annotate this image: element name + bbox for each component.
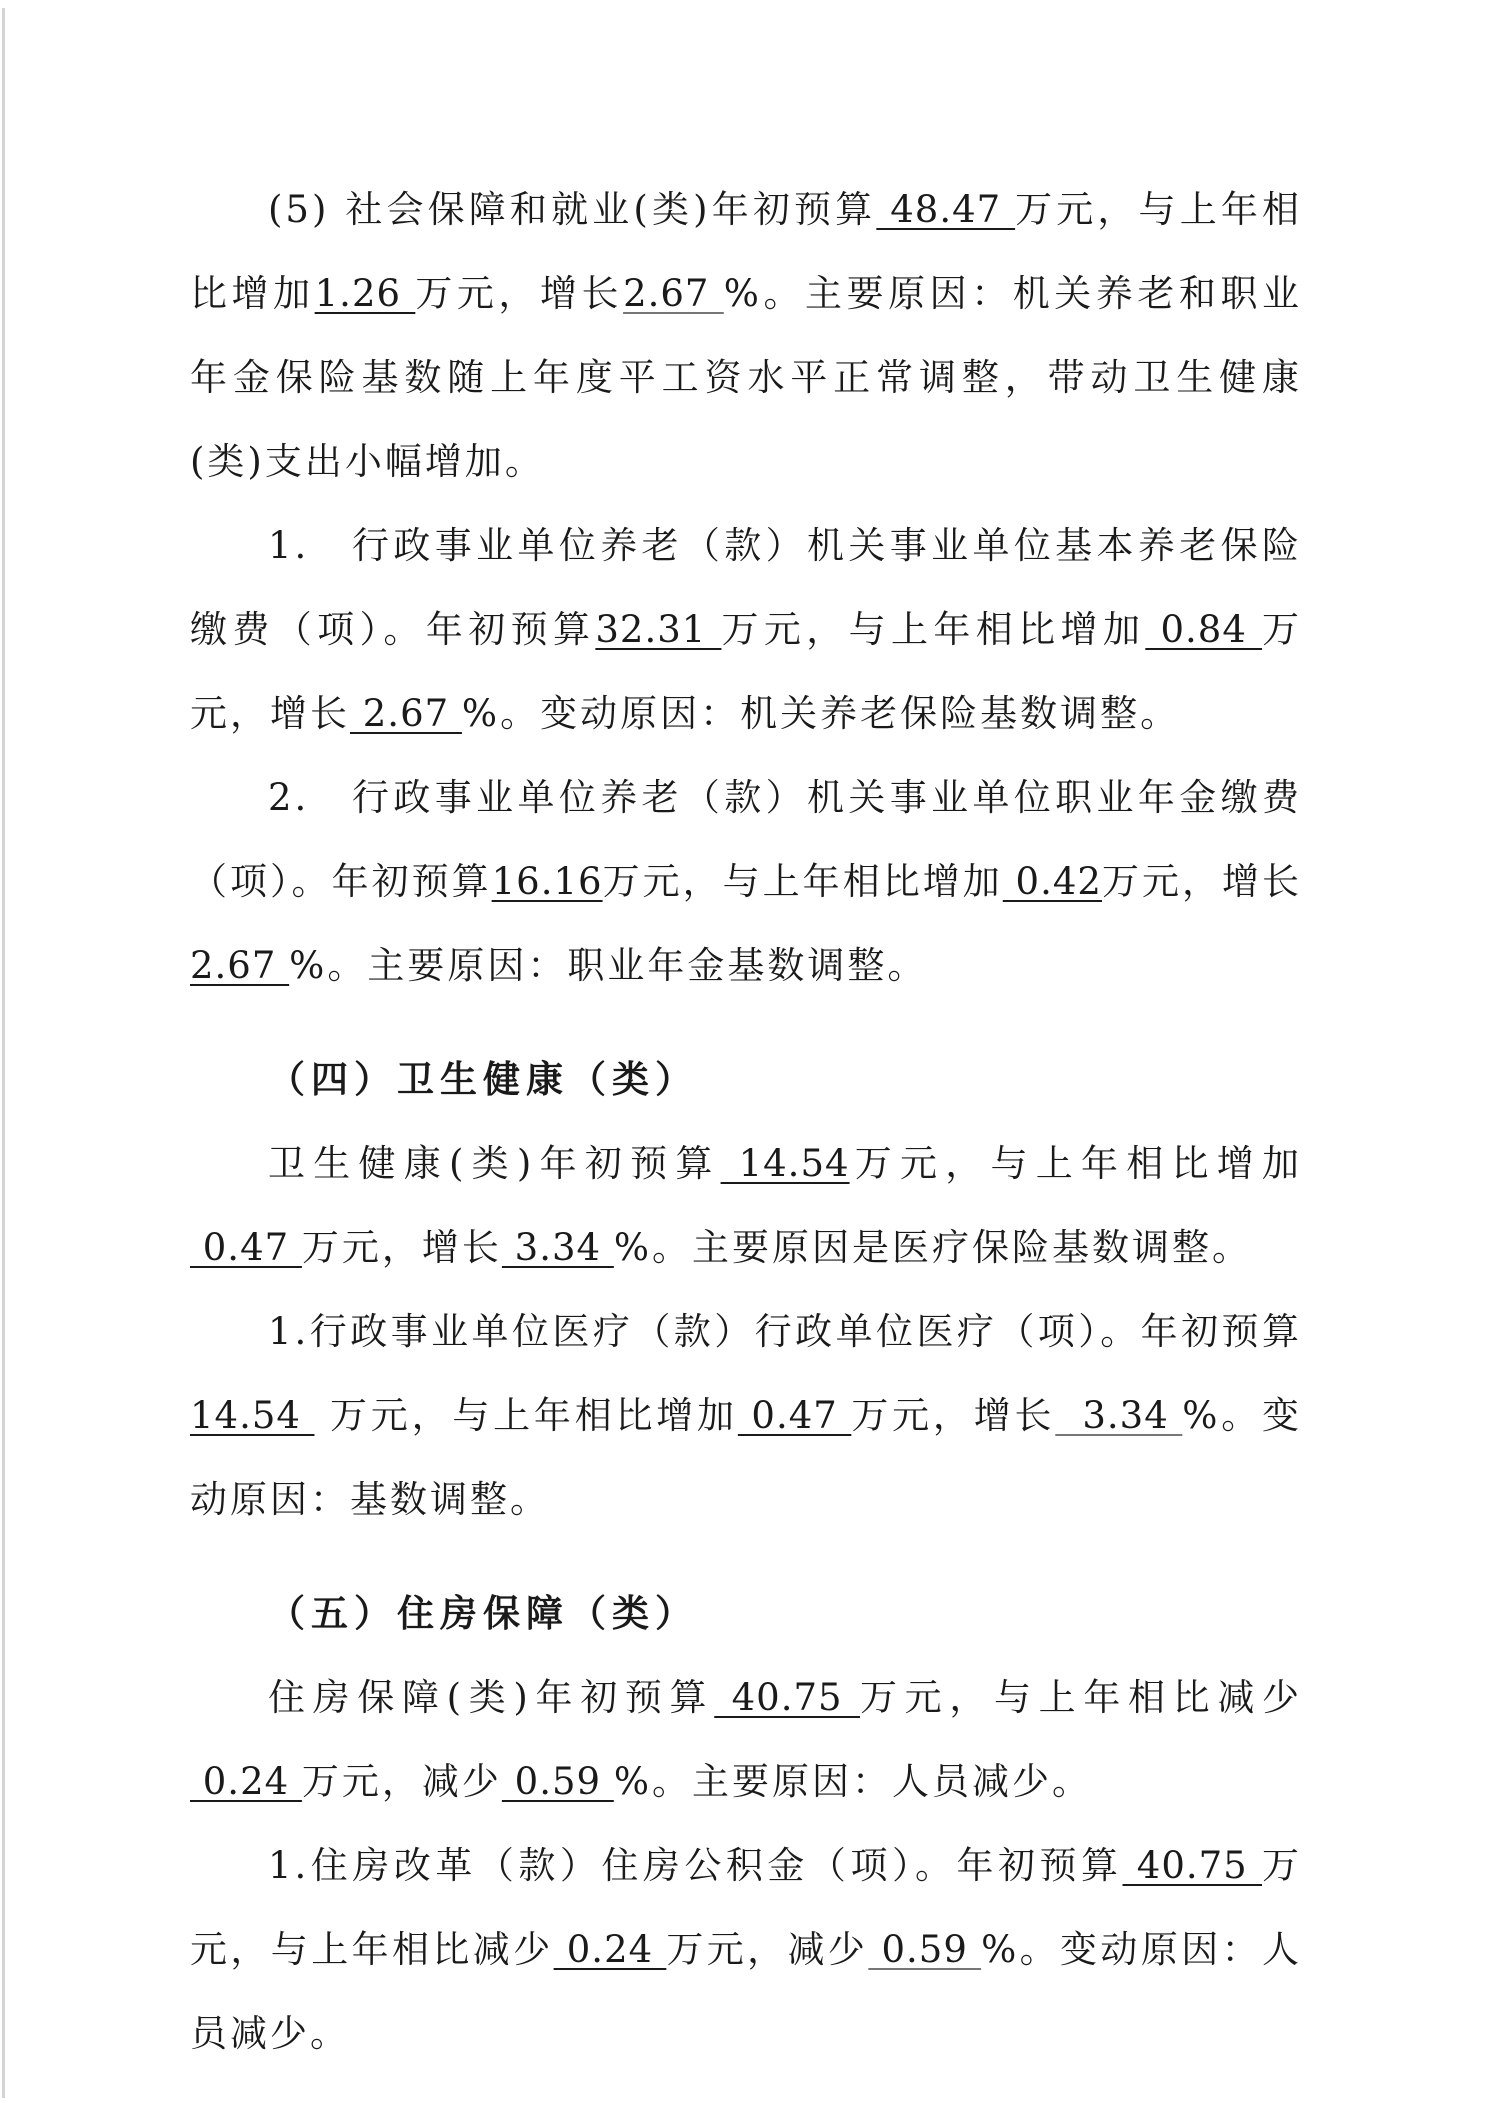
pension-insurance-item: 1. 行政事业单位养老（款）机关事业单位基本养老保险缴费（项）。年初预算32.3… (190, 504, 1302, 756)
section-gap (190, 1008, 1302, 1026)
administrative-medical-item: 1.行政事业单位医疗（款）行政单位医疗（项）。年初预算14.54 万元，与上年相… (190, 1290, 1302, 1542)
budget-value: 48.47 (876, 188, 1015, 231)
text-segment: 万元，增长 (851, 1394, 1055, 1437)
housing-section-heading: （五）住房保障（类） (190, 1572, 1302, 1656)
housing-paragraph: 住房保障(类)年初预算 40.75 万元，与上年相比减少 0.24 万元，减少 … (190, 1656, 1302, 1824)
text-segment: 万元，增长 (1102, 860, 1302, 903)
increase-value: 0.42 (1003, 860, 1102, 903)
growth-rate-value: 2.67 (190, 944, 289, 987)
text-segment: (5) 社会保障和就业(类)年初预算 (268, 188, 876, 231)
text-segment: %。主要原因是医疗保险基数调整。 (614, 1226, 1252, 1269)
social-security-paragraph: (5) 社会保障和就业(类)年初预算 48.47 万元，与上年相比增加1.26 … (190, 168, 1302, 504)
section-gap (190, 1542, 1302, 1560)
decrease-value: 0.24 (190, 1760, 302, 1803)
budget-value: 40.75 (714, 1676, 860, 1719)
decrease-value: 0.24 (554, 1928, 667, 1971)
budget-value: 14.54 (190, 1394, 314, 1437)
budget-value: 16.16 (492, 860, 603, 903)
text-segment: 万元，与上年相比减少 (860, 1676, 1302, 1719)
text-segment: 卫生健康(类)年初预算 (268, 1142, 721, 1185)
text-segment: 万元，与上年相比增加 (314, 1394, 737, 1437)
health-paragraph: 卫生健康(类)年初预算 14.54万元，与上年相比增加 0.47 万元，增长 3… (190, 1122, 1302, 1290)
text-segment: 1.行政事业单位医疗（款）行政单位医疗（项）。年初预算 (268, 1310, 1302, 1353)
budget-value: 14.54 (721, 1142, 850, 1185)
growth-rate-value: 3.34 (1055, 1394, 1182, 1437)
increase-value: 1.26 (315, 272, 416, 315)
page-edge-border (2, 8, 5, 2098)
text-segment: 万元，增长 (415, 272, 623, 315)
text-segment: 1.住房改革（款）住房公积金（项）。年初预算 (268, 1844, 1123, 1887)
decrease-rate-value: 0.59 (868, 1928, 981, 1971)
housing-provident-fund-item: 1.住房改革（款）住房公积金（项）。年初预算 40.75 万元，与上年相比减少 … (190, 1824, 1302, 2076)
text-segment: 住房保障(类)年初预算 (268, 1676, 714, 1719)
health-section-heading: （四）卫生健康（类） (190, 1038, 1302, 1122)
increase-value: 0.84 (1145, 608, 1262, 651)
increase-value: 0.47 (738, 1394, 851, 1437)
text-segment: %。主要原因：职业年金基数调整。 (289, 944, 927, 987)
text-segment: 万元，减少 (666, 1928, 868, 1971)
text-segment: 万元，与上年相比增加 (721, 608, 1145, 651)
occupational-annuity-item: 2. 行政事业单位养老（款）机关事业单位职业年金缴费（项）。年初预算16.16万… (190, 756, 1302, 1008)
growth-rate-value: 2.67 (623, 272, 724, 315)
text-segment: 万元，与上年相比增加 (850, 1142, 1302, 1185)
document-page: (5) 社会保障和就业(类)年初预算 48.47 万元，与上年相比增加1.26 … (190, 168, 1302, 2076)
budget-value: 40.75 (1123, 1844, 1262, 1887)
text-segment: 万元，与上年相比增加 (603, 860, 1003, 903)
text-segment: %。变动原因：机关养老保险基数调整。 (462, 692, 1180, 735)
increase-value: 0.47 (190, 1226, 302, 1269)
text-segment: 万元，增长 (302, 1226, 502, 1269)
text-segment: %。主要原因：人员减少。 (614, 1760, 1092, 1803)
decrease-rate-value: 0.59 (502, 1760, 614, 1803)
growth-rate-value: 3.34 (502, 1226, 614, 1269)
text-segment: 万元，减少 (302, 1760, 502, 1803)
budget-value: 32.31 (595, 608, 721, 651)
growth-rate-value: 2.67 (350, 692, 462, 735)
